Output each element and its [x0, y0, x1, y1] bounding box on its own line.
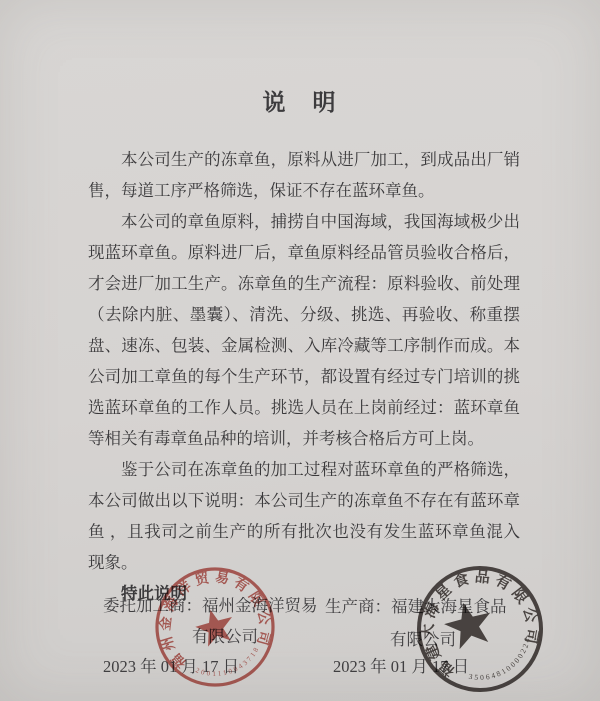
seal-code-text: 2001110043718: [191, 643, 266, 685]
dark-company-seal: 福建大海星食品有限公司 35064810000224: [413, 562, 547, 700]
producer-label: 生产商：: [325, 597, 391, 616]
paragraph-process-detail: 本公司的章鱼原料，捕捞自中国海域，我国海域极少出现蓝环章鱼。原料进厂后，章鱼原料…: [88, 206, 520, 454]
star-icon: [440, 597, 497, 651]
paragraph-production-screening: 本公司生产的冻章鱼，原料从进厂加工，到成品出厂销售，每道工序严格筛选，保证不存在…: [88, 144, 520, 206]
document-page: 说 明 本公司生产的冻章鱼，原料从进厂加工，到成品出厂销售，每道工序严格筛选，保…: [0, 0, 600, 701]
paragraph-declaration: 鉴于公司在冻章鱼的加工过程对蓝环章鱼的严格筛选，本公司做出以下说明：本公司生产的…: [88, 454, 520, 578]
red-company-seal: 福州金海洋贸易有限公司 2001110043718: [152, 564, 278, 690]
document-title: 说 明: [0, 84, 600, 117]
star-icon: [192, 605, 238, 649]
document-body: 本公司生产的冻章鱼，原料从进厂加工，到成品出厂销售，每道工序严格筛选，保证不存在…: [88, 144, 520, 609]
